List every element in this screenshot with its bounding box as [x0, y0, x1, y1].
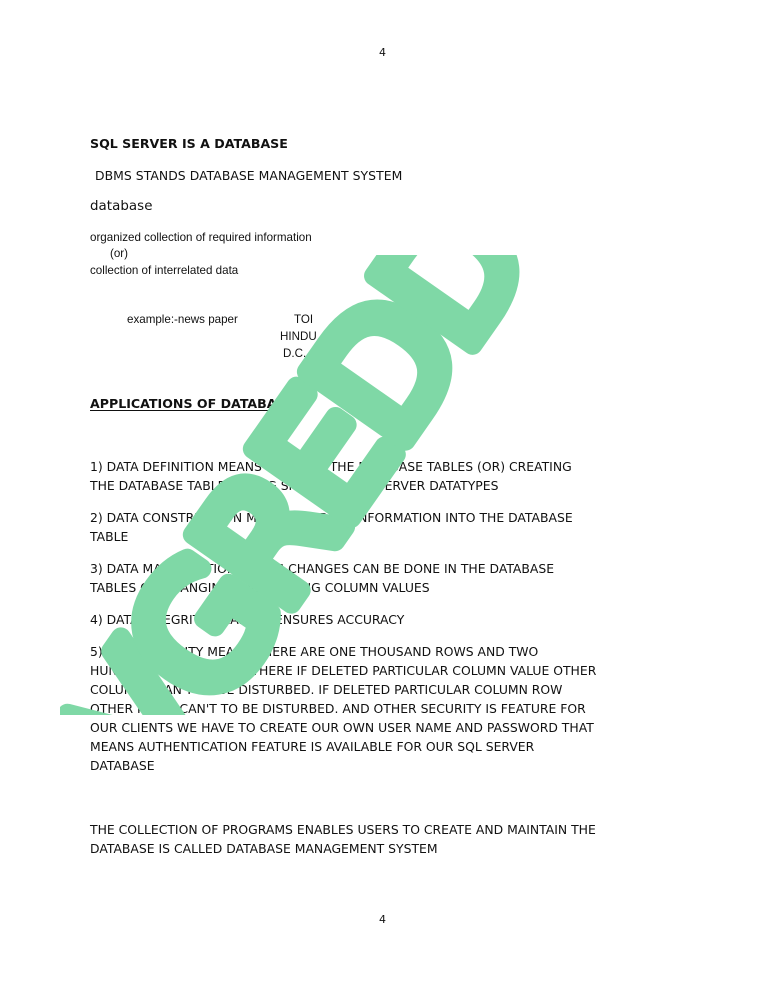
application-4-line-1: 4) DATA INTEGRITY MEANS IT ENSURES ACCUR… — [90, 610, 680, 629]
application-5-line-5: OUR CLIENTS WE HAVE TO CREATE OUR OWN US… — [90, 718, 680, 737]
conclusion-paragraph: THE COLLECTION OF PROGRAMS ENABLES USERS… — [90, 820, 680, 858]
conclusion-line-2: DATABASE IS CALLED DATABASE MANAGEMENT S… — [90, 839, 680, 858]
application-1-line-2: THE DATABASE TABLES USING SPECIFIED SQL … — [90, 476, 680, 495]
application-item-1: 1) DATA DEFINITION MEANS DEFINING THE DA… — [90, 457, 680, 495]
application-3-line-2: TABLES OR CHANGING THE EXISTING COLUMN V… — [90, 578, 680, 597]
dbms-definition: DBMS STANDS DATABASE MANAGEMENT SYSTEM — [95, 168, 402, 183]
application-5-line-1: 5) DATA SECURITY MEANS THERE ARE ONE THO… — [90, 642, 680, 661]
application-2-line-1: 2) DATA CONSTRUCTION MEANS STORING INFOR… — [90, 508, 680, 527]
application-5-line-2: HUNDRED COLUMNS ARE THERE IF DELETED PAR… — [90, 661, 680, 680]
application-5-line-3: COLUMNS CAN'T TO BE DISTURBED. IF DELETE… — [90, 680, 680, 699]
conclusion-line-1: THE COLLECTION OF PROGRAMS ENABLES USERS… — [90, 820, 680, 839]
main-heading: SQL SERVER IS A DATABASE — [90, 136, 288, 151]
application-item-3: 3) DATA MANIPULATION MEANS CHANGES CAN B… — [90, 559, 680, 597]
application-item-5: 5) DATA SECURITY MEANS THERE ARE ONE THO… — [90, 642, 680, 775]
document-page: 4 SQL SERVER IS A DATABASE DBMS STANDS D… — [0, 0, 765, 990]
term-database: database — [90, 199, 152, 214]
application-5-line-6: MEANS AUTHENTICATION FEATURE IS AVAILABL… — [90, 737, 680, 756]
application-1-line-1: 1) DATA DEFINITION MEANS DEFINING THE DA… — [90, 457, 680, 476]
example-label: example:-news paper — [127, 313, 238, 326]
page-number-top: 4 — [0, 46, 765, 59]
definition-or: (or) — [110, 247, 128, 260]
application-2-line-2: TABLE — [90, 527, 680, 546]
page-number-bottom: 4 — [0, 913, 765, 926]
example-item-toi: TOI — [294, 313, 313, 326]
example-item-hindu: HINDU — [280, 330, 317, 343]
application-5-line-7: DATABASE — [90, 756, 680, 775]
definition-line-2: collection of interrelated data — [90, 264, 238, 277]
application-5-line-4: OTHER ROWS CAN'T TO BE DISTURBED. AND OT… — [90, 699, 680, 718]
example-item-dc: D.C. — [283, 347, 306, 360]
applications-heading: APPLICATIONS OF DATABASE — [90, 396, 294, 411]
application-3-line-1: 3) DATA MANIPULATION MEANS CHANGES CAN B… — [90, 559, 680, 578]
application-item-2: 2) DATA CONSTRUCTION MEANS STORING INFOR… — [90, 508, 680, 546]
application-item-4: 4) DATA INTEGRITY MEANS IT ENSURES ACCUR… — [90, 610, 680, 629]
definition-line-1: organized collection of required informa… — [90, 231, 312, 244]
